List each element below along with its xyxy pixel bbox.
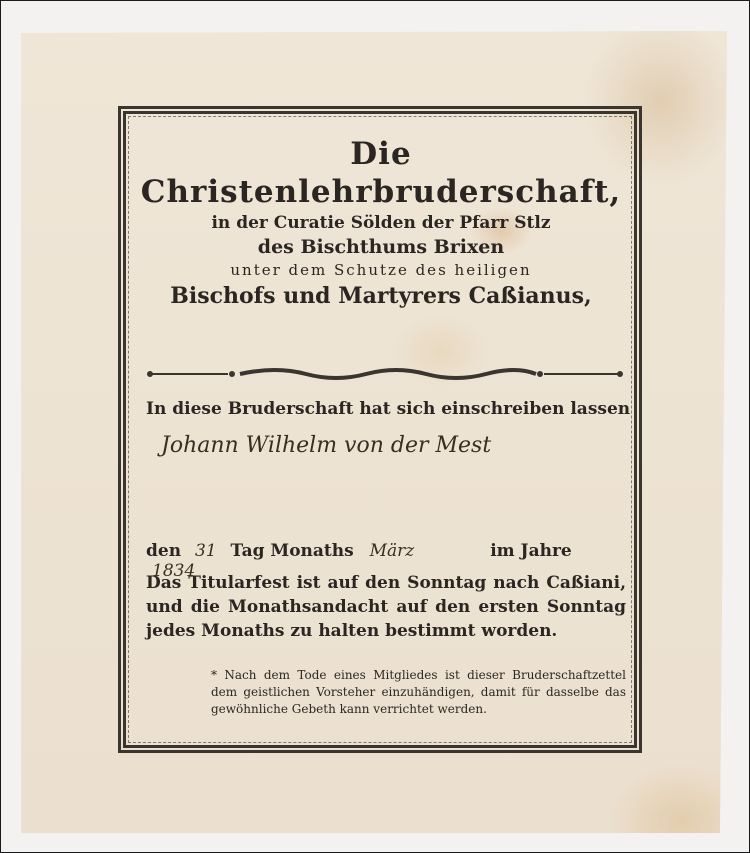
day-handwritten: 31 (195, 541, 217, 561)
ornamental-divider (146, 366, 624, 382)
date-prefix: den (146, 541, 181, 561)
feast-paragraph: Das Titularfest ist auf den Sonntag nach… (146, 571, 626, 643)
diocese-line: des Bischthums Brixen (136, 235, 626, 259)
enrollee-name-handwritten: Johann Wilhelm von der Mest (161, 433, 491, 458)
day-label: Tag Monaths (231, 541, 354, 561)
enrollment-label: In diese Bruderschaft hat sich einschrei… (146, 399, 630, 419)
footnote: * Nach dem Tode eines Mitgliedes ist die… (211, 667, 626, 718)
month-handwritten: März (370, 541, 415, 561)
saint-line: Bischofs und Martyrers Caßianus, (136, 281, 626, 311)
year-label: im Jahre (490, 541, 572, 561)
document-title: Die Christenlehrbruderschaft, (136, 135, 626, 211)
header-block: Die Christenlehrbruderschaft, in der Cur… (136, 121, 626, 311)
curacy-line: in der Curatie Sölden der Pfarr Stlz (136, 211, 626, 235)
patronage-line: unter dem Schutze des heiligen (136, 259, 626, 281)
